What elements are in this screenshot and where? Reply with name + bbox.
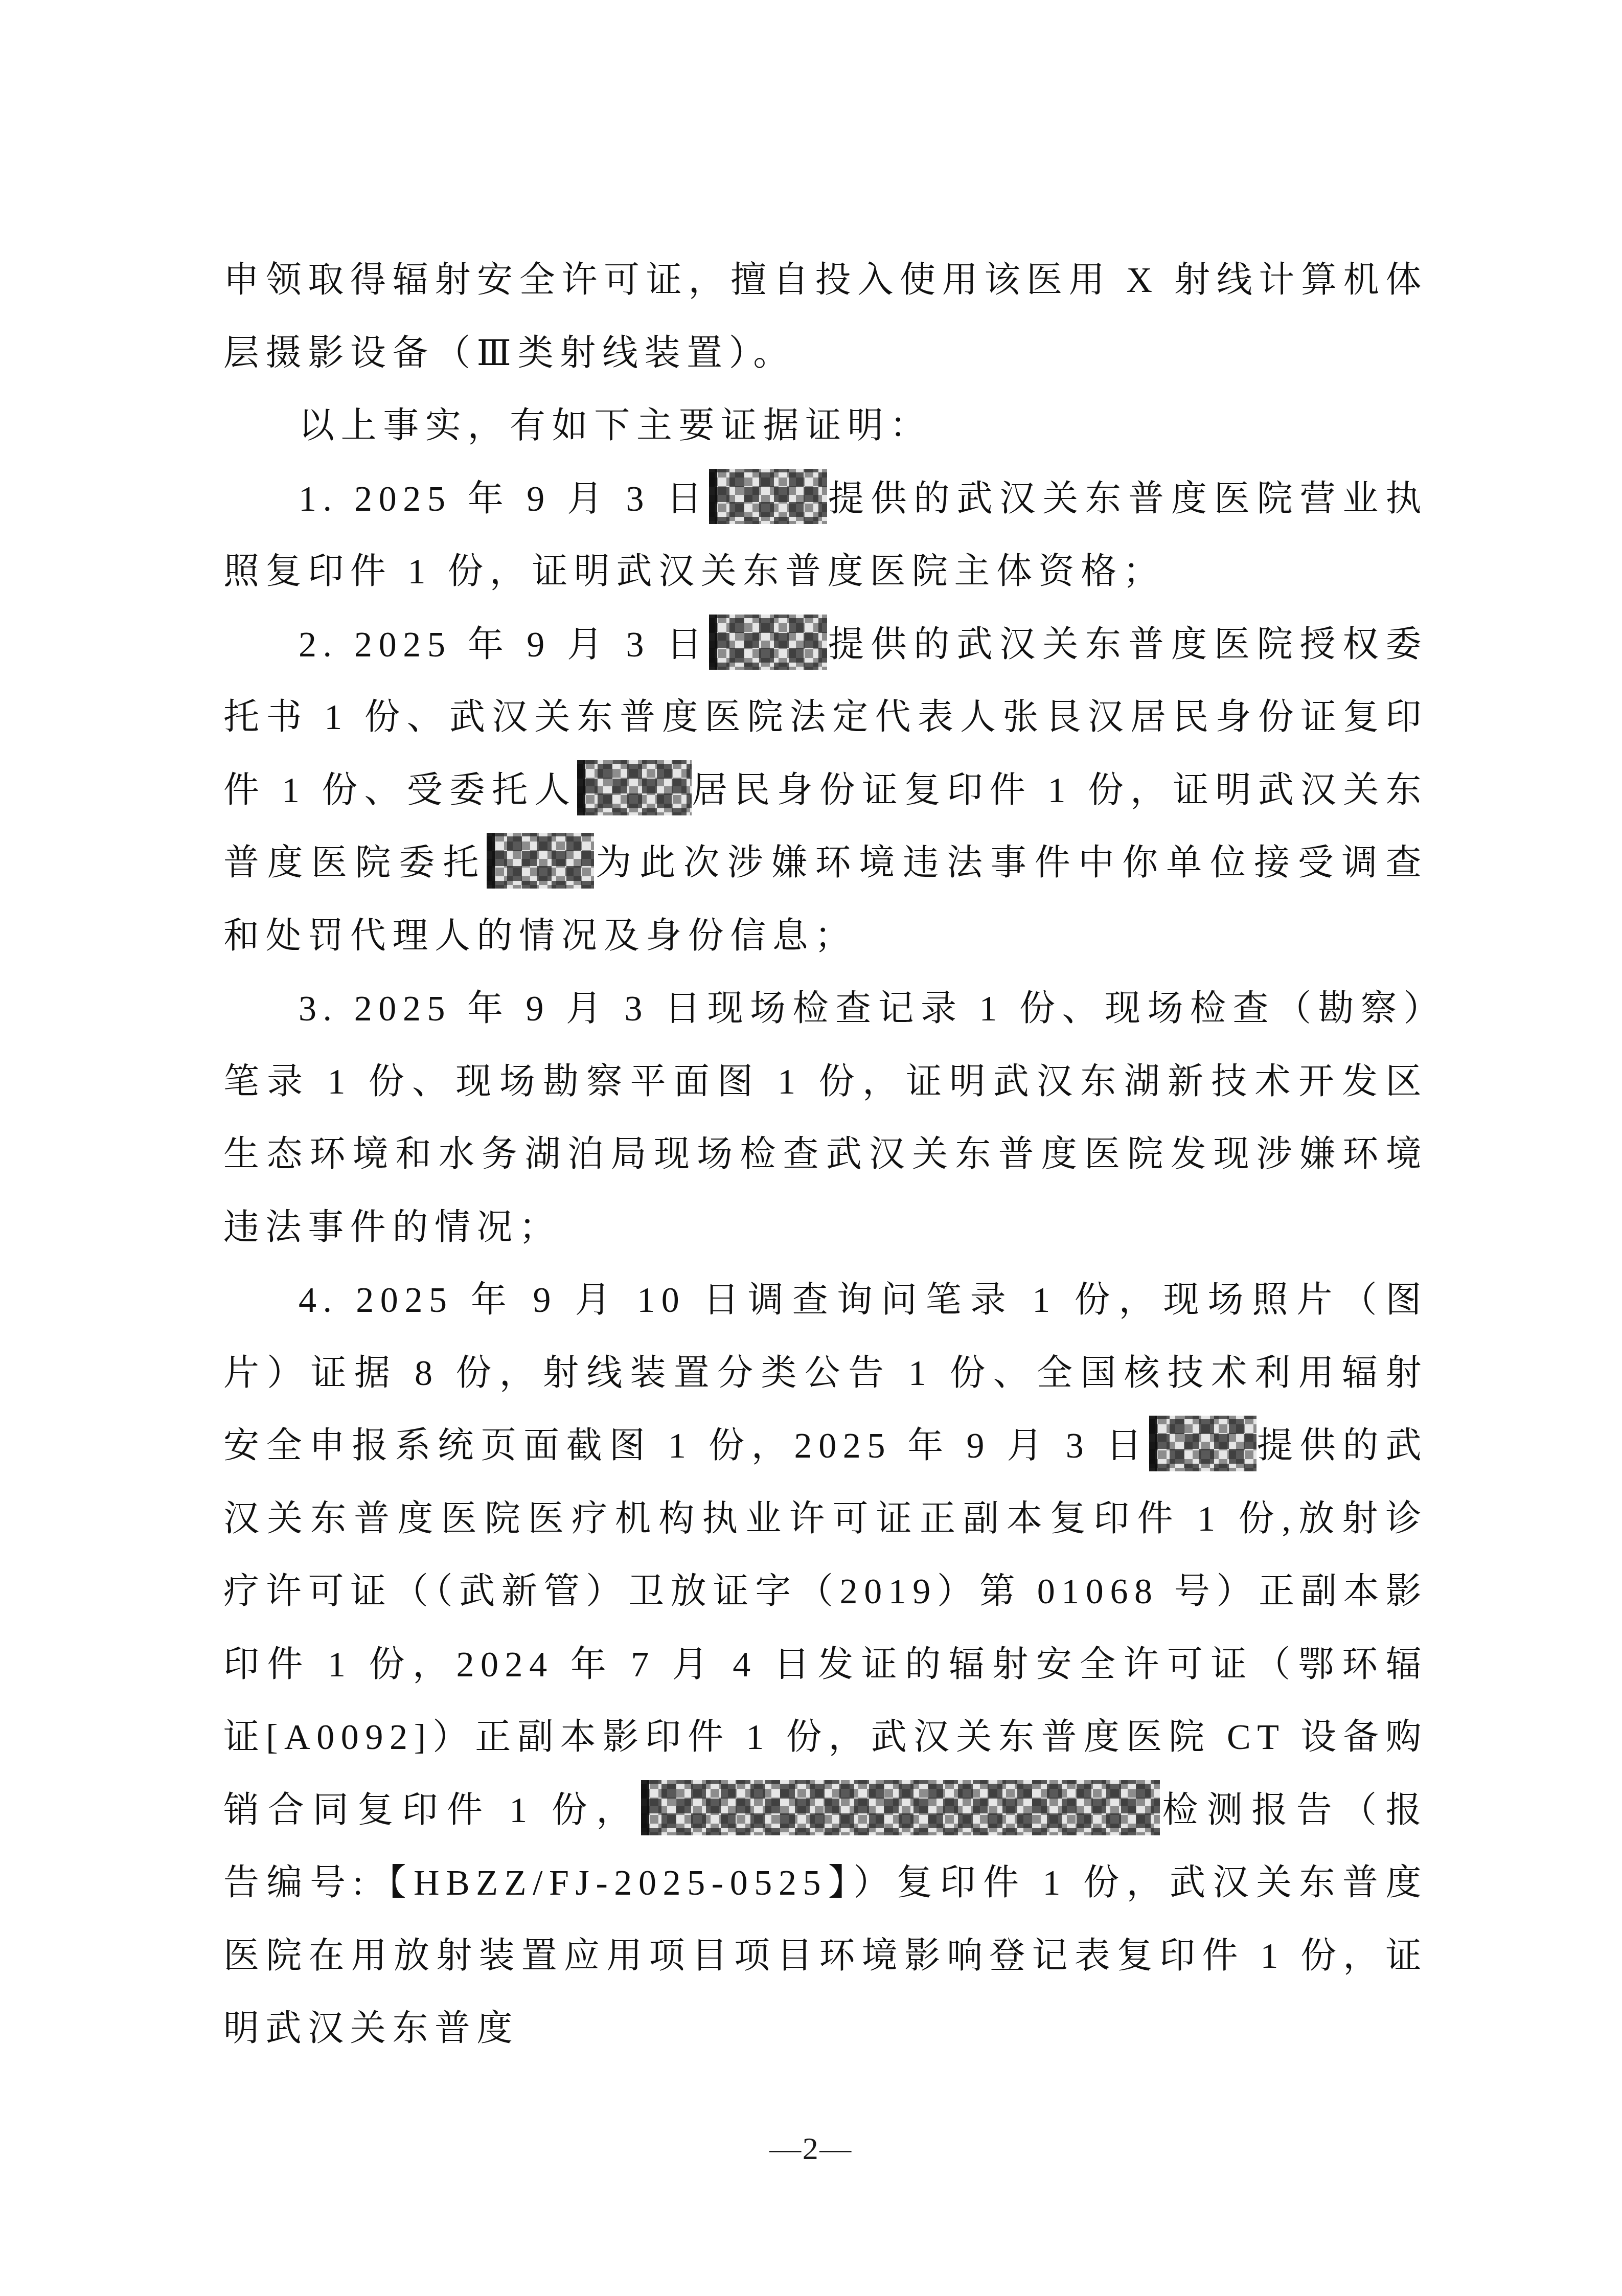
paragraph: 4. 2025 年 9 月 10 日调查询问笔录 1 份，现场照片（图片）证据 … bbox=[223, 1264, 1428, 2066]
text-segment: 2. 2025 年 9 月 3 日 bbox=[299, 625, 709, 665]
paragraph: 3. 2025 年 9 月 3 日现场检查记录 1 份、现场检查（勘察）笔录 1… bbox=[223, 973, 1428, 1264]
redaction-mosaic bbox=[709, 615, 827, 670]
page-number: —2— bbox=[769, 2131, 852, 2166]
text-segment: 提供的武汉关东普度医院医疗机构执业许可证正副本复印件 1 份,放射诊疗许可证（（… bbox=[223, 1426, 1428, 1830]
redaction-mosaic bbox=[577, 760, 692, 816]
page-footer: —2— bbox=[0, 2131, 1622, 2167]
text-segment: 以上事实，有如下主要证据证明： bbox=[299, 406, 932, 446]
text-segment: 申领取得辐射安全许可证，擅自投入使用该医用 X 射线计算机体层摄影设备（Ⅲ类射线… bbox=[223, 261, 1428, 373]
document-body: 申领取得辐射安全许可证，擅自投入使用该医用 X 射线计算机体层摄影设备（Ⅲ类射线… bbox=[223, 244, 1428, 2066]
paragraph: 申领取得辐射安全许可证，擅自投入使用该医用 X 射线计算机体层摄影设备（Ⅲ类射线… bbox=[223, 244, 1428, 390]
scanned-document-page: { "document": { "kind": "行政处罚文书（扫描件）第2页"… bbox=[0, 0, 1622, 2296]
paragraph: 2. 2025 年 9 月 3 日提供的武汉关东普度医院授权委托书 1 份、武汉… bbox=[223, 609, 1428, 973]
redaction-mosaic bbox=[641, 1780, 1160, 1836]
redaction-mosaic bbox=[709, 469, 827, 525]
text-segment: 1. 2025 年 9 月 3 日 bbox=[299, 480, 709, 519]
redaction-mosaic bbox=[1149, 1416, 1257, 1471]
paragraph: 以上事实，有如下主要证据证明： bbox=[223, 390, 1428, 463]
paragraph: 1. 2025 年 9 月 3 日提供的武汉关东普度医院营业执照复印件 1 份，… bbox=[223, 463, 1428, 609]
text-segment: 3. 2025 年 9 月 3 日现场检查记录 1 份、现场检查（勘察）笔录 1… bbox=[223, 989, 1428, 1247]
redaction-mosaic bbox=[487, 833, 594, 889]
